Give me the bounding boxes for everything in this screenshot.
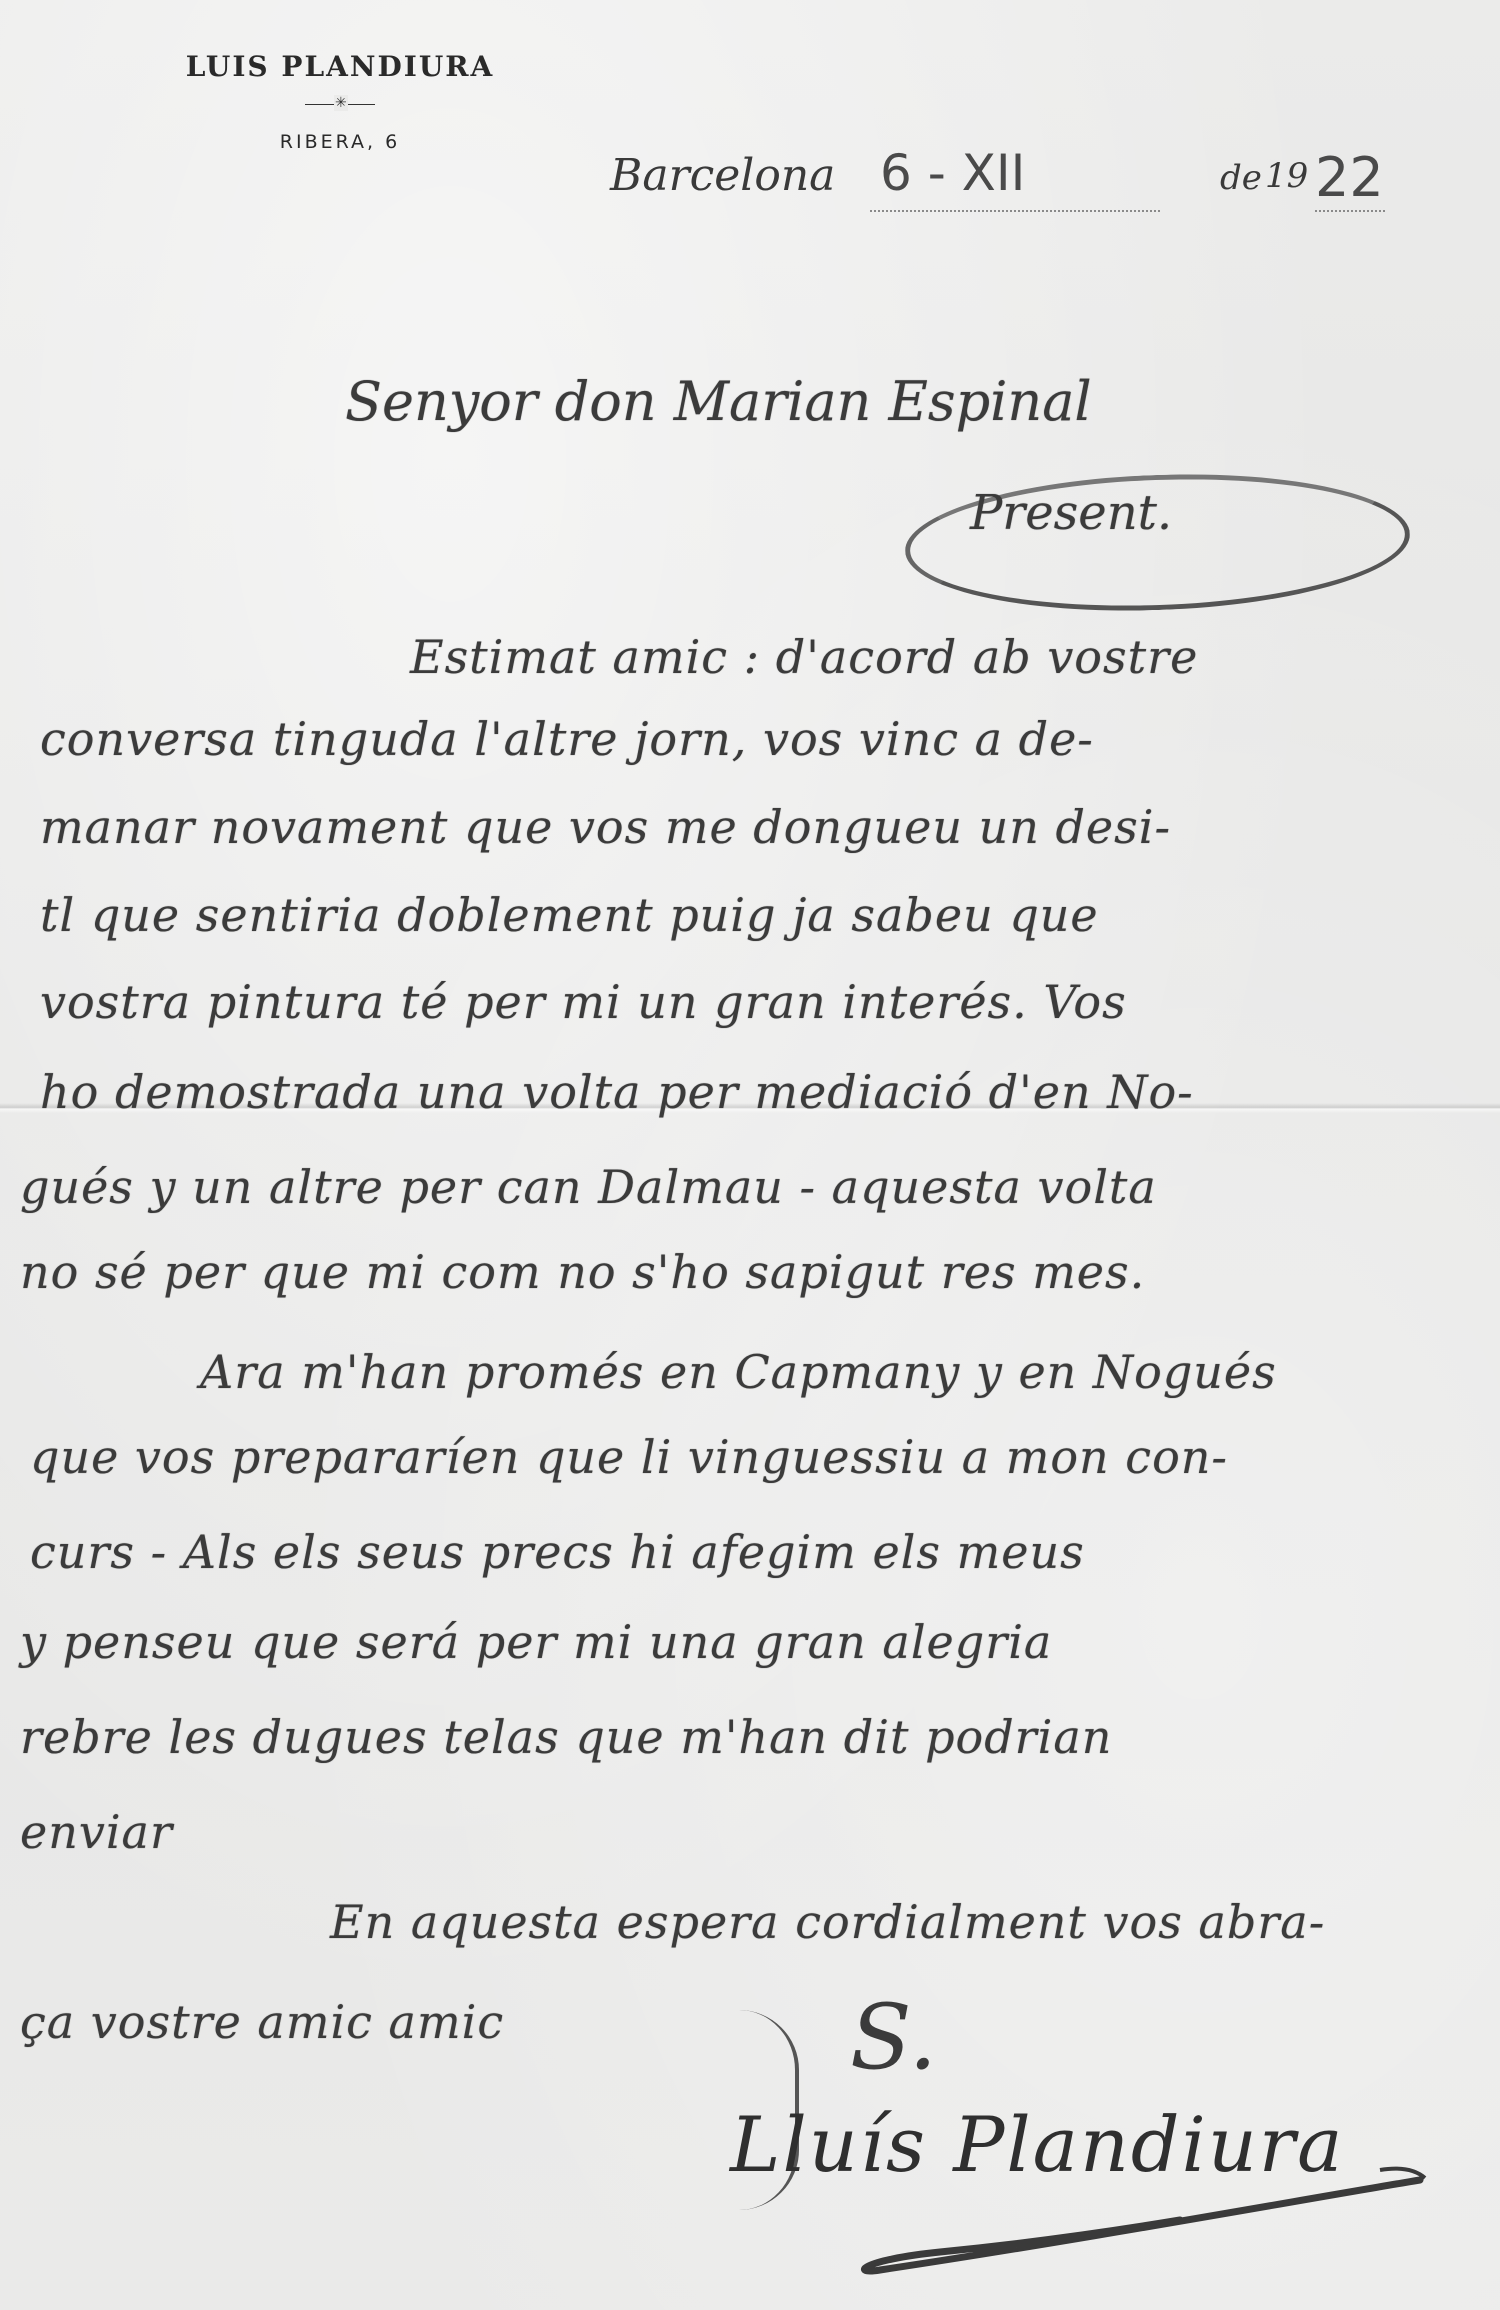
body-line: vostra pintura té per mi un gran interés… — [40, 975, 1127, 1029]
date-year-printed: 19 — [1265, 156, 1308, 196]
addressee-location: Present. — [970, 485, 1172, 541]
body-line: curs - Als els seus precs hi afegim els … — [30, 1525, 1085, 1579]
body-line: no sé per que mi com no s'ho sapigut res… — [20, 1245, 1145, 1299]
letter-page: LUIS PLANDIURA ✳ RIBERA, 6 Barcelona 6 -… — [0, 0, 1500, 2310]
body-line: En aquesta espera cordialment vos abra- — [330, 1895, 1325, 1949]
date-year-handwritten: 22 — [1315, 146, 1384, 209]
body-line: rebre les dugues telas que m'han dit pod… — [20, 1710, 1112, 1764]
letterhead-ornament-divider: ✳ — [305, 99, 375, 111]
date-de-printed: de — [1220, 158, 1262, 198]
body-line: conversa tinguda l'altre jorn, vos vinc … — [40, 712, 1094, 766]
star-ornament-icon: ✳ — [334, 95, 348, 111]
body-line: que vos prepararíen que li vinguessiu a … — [30, 1430, 1228, 1484]
body-line: gués y un altre per can Dalmau - aquesta… — [20, 1160, 1157, 1214]
letterhead-name: LUIS PLANDIURA — [150, 50, 530, 83]
addressee-salutation: Senyor don Marian Espinal — [345, 370, 1092, 433]
letterhead: LUIS PLANDIURA ✳ RIBERA, 6 — [150, 50, 530, 153]
date-day-month-handwritten: 6 - XII — [880, 144, 1025, 202]
body-line: Ara m'han promés en Capmany y en Nogués — [200, 1345, 1277, 1399]
body-line: ça vostre amic amic — [20, 1995, 504, 2049]
body-line: y penseu que será per mi una gran alegri… — [20, 1615, 1052, 1669]
body-line: ho demostrada una volta per mediació d'e… — [40, 1065, 1194, 1119]
dateline: Barcelona 6 - XII de 19 22 — [610, 150, 1390, 230]
date-dotted-line — [870, 210, 1160, 212]
body-line: tl que sentiria doblement puig ja sabeu … — [40, 888, 1099, 942]
letterhead-address: RIBERA, 6 — [150, 131, 530, 153]
closing-mark: S. — [850, 1985, 937, 2090]
date-city-printed: Barcelona — [610, 150, 835, 201]
body-line: enviar — [20, 1805, 173, 1859]
body-line: Estimat amic : d'acord ab vostre — [410, 630, 1198, 684]
body-line: manar novament que vos me dongueu un des… — [40, 800, 1171, 854]
date-year-dotted-line — [1315, 210, 1385, 212]
signature-underline-flourish — [820, 2160, 1440, 2280]
